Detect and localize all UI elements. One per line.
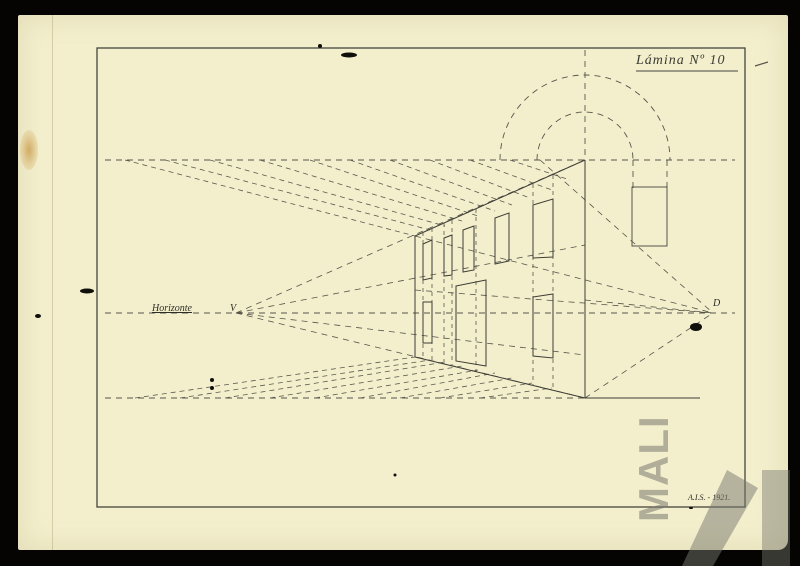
sheet-title: Lámina Nº 10 <box>636 53 725 69</box>
signature: A.I.S. - 1921. <box>688 493 730 502</box>
perspective-drawing <box>0 0 800 566</box>
horizon-label: Horizonte <box>152 303 192 314</box>
vanishing-point-left-label: V <box>230 303 236 314</box>
construction-lines <box>105 50 735 398</box>
building-wall <box>415 160 700 398</box>
watermark-text: MALI <box>630 415 678 522</box>
vanishing-point-right-label: D <box>713 298 720 309</box>
